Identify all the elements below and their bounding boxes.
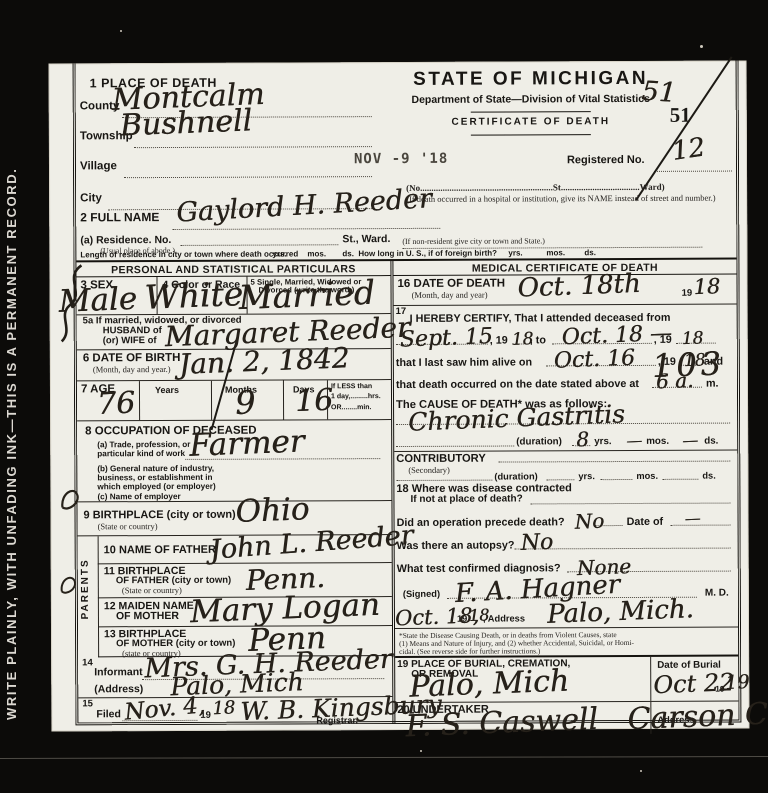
scanned-death-certificate: { "meta": { "margin_note": "WRITE PLAINL… (0, 0, 768, 793)
contributory-sub: (Secondary) (408, 466, 450, 475)
less-than-label1: If LESS than (331, 383, 372, 390)
dotted-line (498, 461, 730, 463)
certificate-paper: 1 PLACE OF DEATH County Montcalm Townshi… (49, 60, 750, 731)
birthplace-value: Ohio (235, 494, 310, 528)
row-sex-race-marital: 3 SEX 4 Color or Race 5 Single, Married,… (76, 276, 390, 315)
column-divider (211, 381, 212, 420)
township-value: Bushnell (119, 106, 252, 141)
contrib-mos-label: mos. (636, 472, 658, 481)
last-seen-value: Oct. 16 (553, 348, 635, 373)
row-burial: 19 PLACE OF BURIAL, CREMATION, OR REMOVA… (395, 657, 738, 703)
dotted-line (654, 171, 732, 172)
age-years-label: Years (155, 386, 179, 395)
cause-code-annotation: 103 (651, 347, 725, 382)
mos-label: mos. (546, 249, 565, 257)
occupation-a-line2: particular kind of work (97, 450, 185, 459)
mother-maiden-label2: OF MOTHER (116, 611, 179, 622)
physician-address-value: Palo, Mich. (546, 596, 694, 628)
full-name-label: 2 FULL NAME (80, 211, 159, 223)
informant-label: Informant (94, 667, 142, 678)
row-father-name: 10 NAME OF FATHER John L. Reeder (98, 535, 392, 564)
attended-from-value: Sept. 15 (399, 326, 493, 352)
column-divider (139, 381, 140, 420)
less-than-label3: OR........min. (331, 404, 371, 411)
row-disease-contracted: 18 Where was disease contracted If not a… (394, 481, 737, 512)
filed-label: Filed (96, 709, 121, 720)
howlong-label: How long in U. S., if of foreign birth? (358, 250, 497, 259)
scan-speck (640, 770, 642, 772)
marital-value: Married (238, 276, 375, 314)
dotted-line (600, 479, 632, 480)
row-occupation: 8 OCCUPATION OF DECEASED (a) Trade, prof… (77, 420, 391, 502)
spouse-label-line3: (or) WIFE of (103, 336, 157, 346)
column-divider (650, 657, 651, 701)
cause-of-death-value: Chronic Gastritis (408, 401, 626, 434)
less-than-label2: 1 day,.........hrs. (331, 393, 381, 400)
yrs-label: yrs. (508, 249, 522, 257)
row-filed: 15 Filed Nov. 4, 19 18 W. B. Kingsbury R… (78, 697, 392, 727)
row-informant: 14 Informant Mrs. G. H. Reeder (Address)… (78, 656, 392, 698)
ink-mark (57, 571, 79, 597)
row-certify-and-cause: 17 I HEREBY CERTIFY, That I attended dec… (394, 305, 738, 452)
city-label: City (80, 193, 102, 205)
contrib-ds-label: ds. (702, 472, 715, 481)
age-months-value: 9 (234, 386, 256, 419)
operation-label: Did an operation precede death? (397, 517, 565, 529)
age-days-value: 16 (294, 386, 333, 417)
attended-from-year: 18 (511, 331, 533, 349)
row-operation: Did an operation precede death? No Date … (395, 511, 738, 536)
death-year-value: 18 (693, 276, 721, 298)
birthplace-label: 9 BIRTHPLACE (city or town) (83, 510, 235, 522)
hospital-note: (If death occurred in a hospital or inst… (406, 194, 716, 204)
date-received-stamp: NOV -9 '18 (354, 152, 448, 166)
duration-mos-value: — (626, 433, 643, 450)
footnote-line3: cidal. (See reverse side for further ins… (399, 647, 540, 655)
occupation-value: Farmer (189, 426, 305, 462)
certificate-title: CERTIFICATE OF DEATH (366, 117, 696, 128)
undertaker-value: F. S. Caswell (405, 705, 599, 743)
parents-block: PARENTS 10 NAME OF FATHER John L. Reeder… (78, 535, 393, 657)
certificate-form: 1 PLACE OF DEATH County Montcalm Townshi… (73, 61, 742, 726)
dotted-line (662, 479, 698, 480)
dotted-line (546, 479, 574, 480)
rule-line (471, 134, 591, 136)
informant-address-label: (Address) (94, 684, 143, 695)
birth-date-value: Jan. 2, 1842 (178, 344, 350, 379)
scan-scratch (0, 756, 768, 759)
burial-year-value: 19 (725, 673, 750, 693)
signed-label: (Signed) (403, 590, 440, 599)
sign-year-value: 18 (469, 607, 490, 624)
duration-ds-label: ds. (704, 437, 718, 447)
registered-no-label: Registered No. (567, 155, 645, 166)
personal-column: PERSONAL AND STATISTICAL PARTICULARS 3 S… (76, 261, 395, 725)
death-year-prefix: 19 (682, 289, 693, 299)
race-value: White (144, 277, 244, 314)
ds-label: ds. (584, 249, 596, 257)
row-autopsy: Was there an autopsy? No (395, 535, 738, 559)
test-label: What test confirmed diagnosis? (397, 563, 561, 575)
particulars-table: PERSONAL AND STATISTICAL PARTICULARS 3 S… (76, 258, 738, 726)
death-date-label: 16 DATE OF DEATH (397, 279, 505, 291)
certify-line3: that I last saw him alive on (396, 357, 532, 368)
ink-mark (55, 263, 89, 343)
father-bp-label3: (State or country) (122, 586, 182, 595)
contracted-label-line2: If not at place of death? (410, 494, 522, 504)
duration-label: (duration) (516, 437, 562, 447)
duration-ds-value: — (682, 432, 699, 449)
row-undertaker: 20 UNDERTAKER F. S. Caswell Address Cars… (395, 702, 738, 735)
dotted-line (180, 244, 338, 246)
birth-date-sub: (Month, day and year.) (93, 365, 171, 374)
margin-instruction: WRITE PLAINLY, WITH UNFADING INK—THIS IS… (4, 140, 19, 720)
ds-label: ds. (342, 250, 354, 258)
informant-number: 14 (82, 658, 93, 668)
scan-speck (120, 30, 122, 32)
operation-date-label: Date of (627, 517, 664, 528)
hospital-street-line: (No.....................................… (406, 183, 665, 193)
sign-date-value: Oct. 18, (395, 605, 480, 629)
duration-yrs-label: yrs. (594, 437, 611, 447)
scan-speck (700, 45, 703, 48)
row-sign-date-address: Oct. 18, 19 18 , Address Palo, Mich. (395, 604, 738, 629)
birthplace-sub: (State or country) (98, 522, 158, 531)
contrib-yrs-label: yrs. (578, 472, 595, 481)
registered-no-value: 12 (670, 134, 706, 164)
row-age: 7 AGE Years Months Days If LESS than 1 d… (77, 380, 391, 421)
contributory-label: CONTRIBUTORY (396, 454, 486, 466)
village-label: Village (80, 161, 117, 173)
dotted-line (396, 445, 514, 447)
nonresident-note: (If non-resident give city or town and S… (402, 237, 545, 246)
yrs-label: yrs. (272, 250, 286, 258)
row-date-of-birth: 6 DATE OF BIRTH (Month, day and year.) J… (77, 349, 391, 381)
operation-date-dash: — (684, 510, 701, 527)
row-date-of-death: 16 DATE OF DEATH (Month, day and year) O… (393, 275, 736, 306)
dotted-line (530, 503, 730, 505)
row-mother-maiden: 12 MAIDEN NAME OF MOTHER Mary Logan (98, 597, 392, 627)
medical-column: MEDICAL CERTIFICATE OF DEATH 16 DATE OF … (393, 260, 738, 724)
duration-mos-label: mos. (646, 437, 669, 447)
undertaker-address-value: Carson City (627, 698, 768, 735)
dotted-line (172, 228, 440, 230)
mos-label: mos. (307, 250, 326, 258)
ink-mark (58, 483, 80, 513)
operation-value: No (574, 511, 604, 532)
parents-rows: 10 NAME OF FATHER John L. Reeder 11 BIRT… (98, 535, 393, 657)
corner-number-handwritten: 51 (641, 78, 677, 107)
occupation-b-line3: which employed (or employer) (97, 483, 215, 492)
row-contributory: CONTRIBUTORY (Secondary) (duration) yrs.… (394, 451, 737, 482)
filed-year-value: 18 (212, 699, 236, 718)
parents-strip: PARENTS (78, 536, 100, 657)
certify-line4: that death occurred on the date stated a… (396, 379, 639, 391)
autopsy-value: No (520, 532, 553, 555)
residence-label: (a) Residence. No. (80, 235, 171, 246)
scan-speck (420, 750, 422, 752)
length-residence-label: Length of residence in city or town wher… (80, 250, 298, 259)
dotted-line (124, 176, 372, 178)
full-name-value: Gaylord H. Reeder (176, 185, 433, 226)
burial-date-value: Oct 22 (653, 670, 735, 697)
burial-place-value: Palo, Mich (409, 666, 570, 702)
row-footnote: *State the Disease Causing Death, or in … (395, 628, 738, 658)
father-name-label: 10 NAME OF FATHER (104, 545, 216, 556)
parents-vertical-label: PARENTS (81, 558, 91, 619)
dotted-line (134, 146, 372, 148)
st-ward-label: St., Ward. (342, 234, 390, 245)
death-date-sub: (Month, day and year) (412, 291, 488, 300)
rule-line (471, 111, 591, 113)
occupation-c-label: (c) Name of employer (97, 493, 180, 502)
filed-number: 15 (82, 699, 93, 709)
death-date-value: Oct. 18th (517, 271, 641, 302)
age-years-value: 76 (96, 388, 135, 419)
column-divider (283, 381, 284, 420)
md-label: M. D. (705, 589, 729, 599)
duration-yrs-value: 8 (576, 429, 590, 449)
